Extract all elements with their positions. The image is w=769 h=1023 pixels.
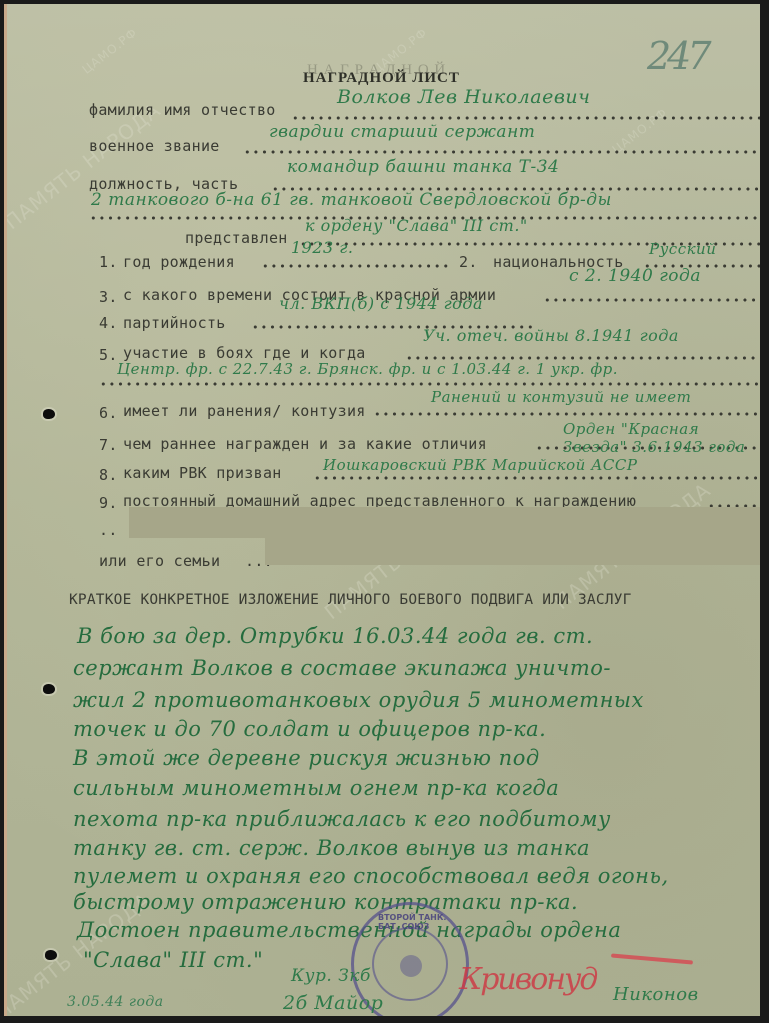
field-value-previous-awards: Орден "Красная Звезда" 3.6.1943 года [563, 420, 760, 456]
field-number: 3. [99, 288, 118, 306]
red-signature: Кривонуд [459, 962, 596, 997]
field-number: 6. [99, 404, 118, 422]
field-value-battles-fronts: Центр. фр. с 22.7.43 г. Брянск. фр. и с … [117, 360, 618, 378]
signer-position-line1: Кур. Зкб [291, 966, 371, 986]
narrative-line: быстрому отражению контратаки пр-ка. [73, 890, 578, 914]
stamp-text: ВТОРОЙ ТАНК. БАТ. СОЮЗ [378, 913, 466, 931]
dotted-line [99, 382, 760, 386]
field-label-previous-awards: чем раннее награжден и за какие отличия [123, 435, 487, 453]
field-value-draft-office: Иошкаровский РВК Марийской АССР [323, 456, 637, 474]
punch-hole [43, 409, 55, 419]
field-value-nominated: к ордену "Слава" III ст." [305, 216, 528, 235]
redacted-address [129, 507, 760, 538]
narrative-line: пулемет и охраняя его способствовал ведя… [73, 864, 669, 888]
narrative-line: сержант Волков в составе экипажа уничто- [73, 656, 611, 680]
field-label-nominated: представлен [185, 229, 288, 247]
field-number: 9. [99, 494, 118, 512]
narrative-line: жил 2 противотанковых орудия 5 минометны… [73, 688, 644, 712]
redacted-family-address [265, 538, 760, 565]
narrative-line: В этой же деревне рискуя жизнью под [73, 746, 540, 770]
field-label-draft-office: каким РВК призван [123, 464, 282, 482]
narrative-line: танку гв. ст. серж. Волков вынув из танк… [73, 836, 590, 860]
punch-hole [45, 950, 57, 960]
field-label-rank: военное звание [89, 137, 220, 155]
field-value-birth-year: 1923 г. [291, 238, 353, 257]
field-number: 4. [99, 314, 118, 332]
field-label-wounds: имеет ли ранения/ контузия [123, 402, 366, 420]
signer-name: Никонов [613, 984, 699, 1005]
dotted-line [543, 298, 760, 302]
signer-position-line2: 2б Майор [283, 992, 383, 1014]
field-value-party: чл. ВКП(б) с 1944 года [279, 294, 483, 313]
section-heading: КРАТКОЕ КОНКРЕТНОЕ ИЗЛОЖЕНИЕ ЛИЧНОГО БОЕ… [69, 592, 632, 608]
field-label-family-address: или его семьи [99, 552, 220, 570]
field-label-birth-year: год рождения [123, 253, 235, 271]
field-value-position: командир башни танка Т-34 [287, 157, 559, 177]
field-number: 8. [99, 466, 118, 484]
field-label-full-name: фамилия имя отчество [89, 101, 276, 119]
field-value-full-name: Волков Лев Николаевич [337, 86, 590, 108]
dotted-line [313, 476, 760, 480]
dotted-line [373, 412, 760, 416]
address-continuation: .. [99, 521, 118, 539]
field-number: 5. [99, 346, 118, 364]
field-label-party: партийность [123, 314, 226, 332]
emblem-icon [400, 955, 422, 977]
field-value-rank: гвардии старший сержант [269, 122, 535, 142]
narrative-line: пехота пр-ка приближалась к его подбитом… [73, 807, 611, 831]
archive-number: 247 [647, 34, 708, 78]
narrative-line: "Слава" III ст." [83, 948, 263, 972]
narrative-line: точек и до 70 солдат и офицеров пр-ка. [73, 717, 546, 741]
punch-hole [43, 684, 55, 694]
field-value-nationality: Русский [649, 240, 716, 258]
field-value-army-since: с 2. 1940 года [569, 266, 701, 286]
dotted-line [243, 150, 760, 154]
narrative-line: Достоен правительственной награды ордена [77, 918, 621, 942]
narrative-line: В бою за дер. Отрубки 16.03.44 года гв. … [77, 624, 593, 648]
narrative-line: сильным минометным огнем пр-ка когда [73, 776, 559, 800]
signature-date: 3.05.44 года [67, 994, 164, 1010]
field-number: 2. [459, 253, 478, 271]
document-title: НАГРАДНОЙ ЛИСТ [303, 70, 460, 87]
dotted-line [291, 116, 760, 120]
field-value-unit: 2 танкового б-на 61 гв. танковой Свердло… [91, 190, 612, 210]
field-number: 7. [99, 436, 118, 454]
award-sheet-page: ЦАМО.РФ ЦАМО.РФ ПАМЯТЬ НАРОДА ПАМЯТЬ НАР… [4, 4, 760, 1016]
field-value-wounds: Ранений и контузий не имеет [431, 388, 691, 406]
red-underline [611, 953, 693, 964]
stamp-inner-ring [372, 927, 448, 1001]
field-value-battles: Уч. отеч. войны 8.1941 года [423, 326, 679, 345]
dotted-line [261, 264, 451, 268]
watermark: ЦАМО.РФ [80, 25, 140, 76]
field-number: 1. [99, 253, 118, 271]
